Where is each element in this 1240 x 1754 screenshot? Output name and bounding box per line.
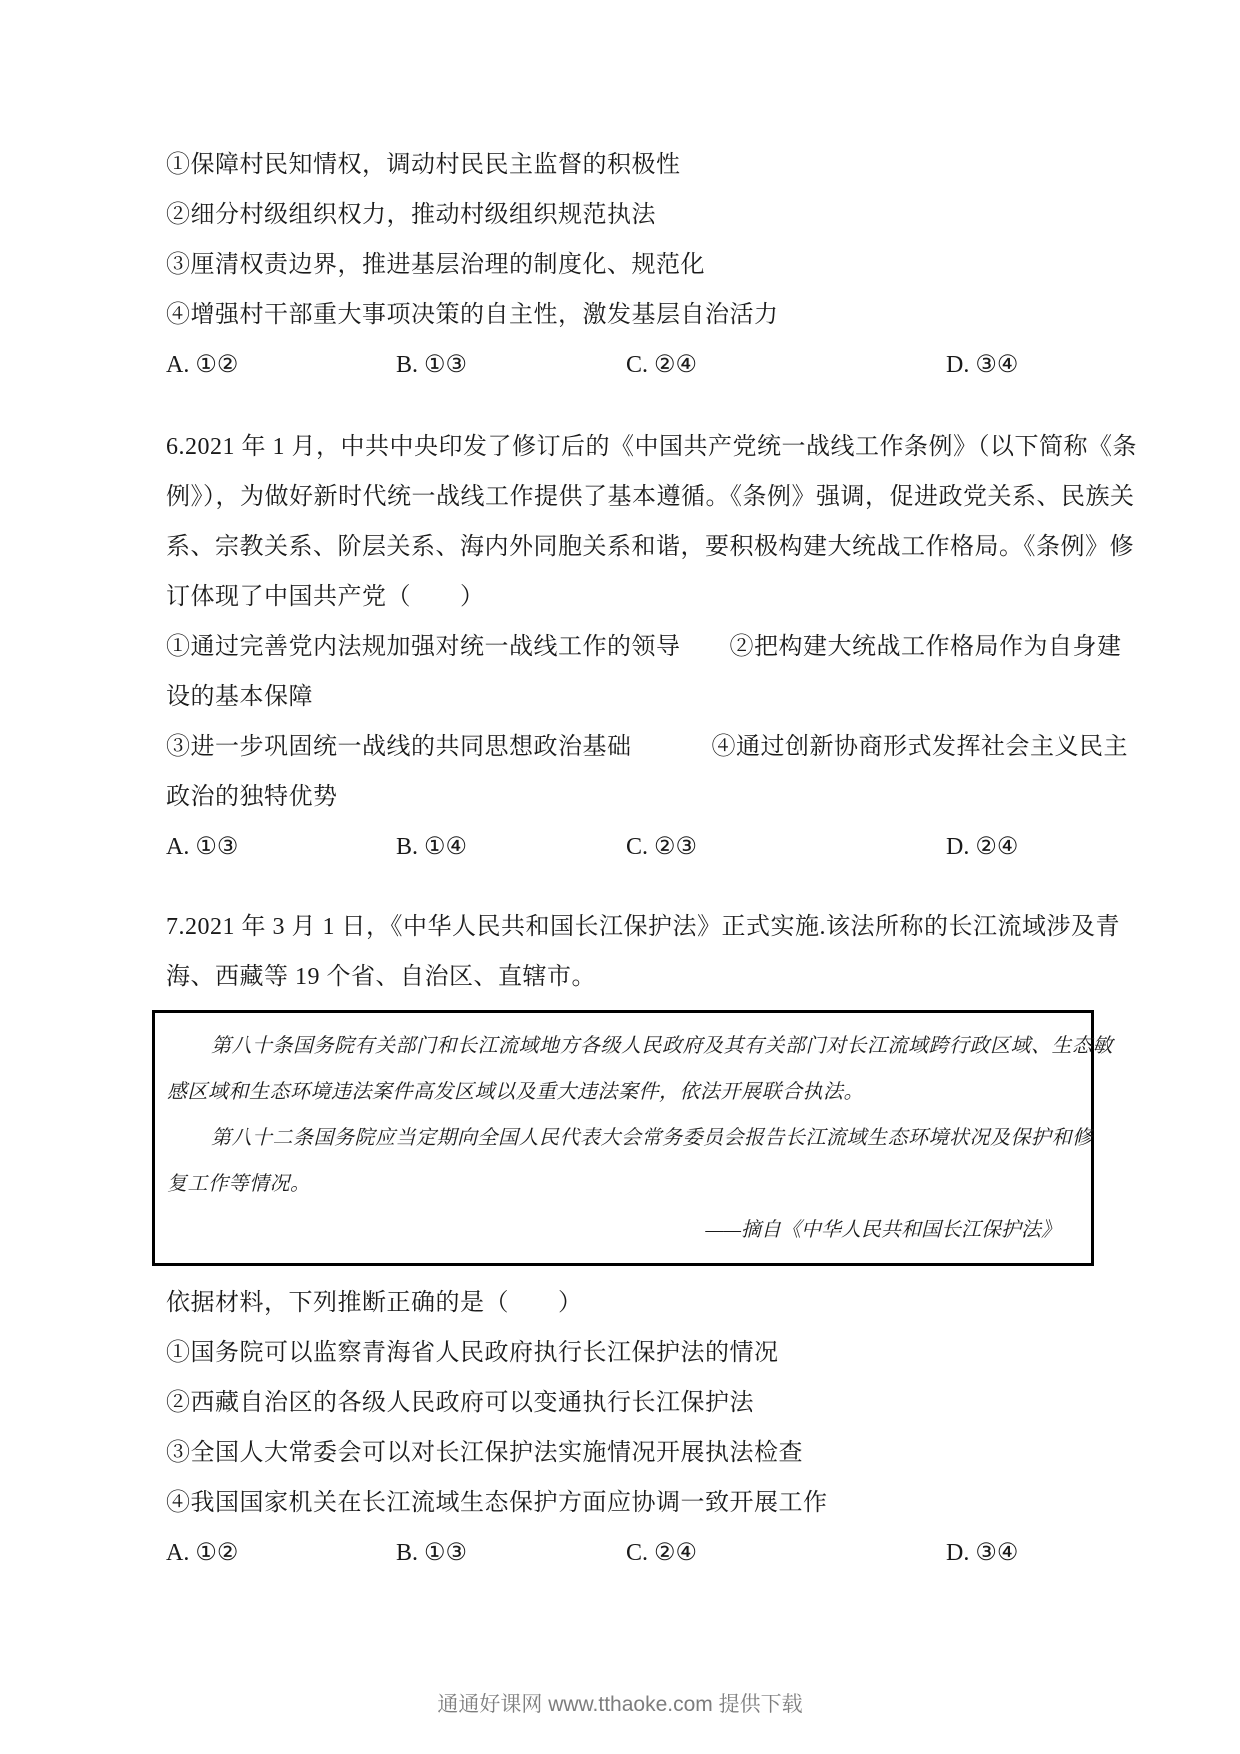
q6-stem-line-1: 6.2021 年 1 月，中共中央印发了修订后的《中国共产党统一战线工作条例》（… xyxy=(166,422,1096,472)
q5-answer-c: C. ②④ xyxy=(626,340,946,390)
q6-answer-c: C. ②③ xyxy=(626,822,946,872)
q6-answer-b: B. ①④ xyxy=(396,822,626,872)
q6-answer-row: A. ①③ B. ①④ C. ②③ D. ②④ xyxy=(166,822,1096,872)
q7-option-4: ④我国国家机关在长江流域生态保护方面应协调一致开展工作 xyxy=(166,1478,1096,1528)
q5-answer-row: A. ①② B. ①③ C. ②④ D. ③④ xyxy=(166,340,1096,390)
q6-answer-a: A. ①③ xyxy=(166,822,396,872)
q6-stem-line-2: 例》），为做好新时代统一战线工作提供了基本遵循。《条例》强调，促进政党关系、民族… xyxy=(166,472,1096,522)
excerpt-line-2: 感区域和生态环境违法案件高发区域以及重大违法案件，依法开展联合执法。 xyxy=(167,1069,1073,1115)
q7-answer-row: A. ①② B. ①③ C. ②④ D. ③④ xyxy=(166,1528,1096,1578)
q7-stem-line-1: 7.2021 年 3 月 1 日，《中华人民共和国长江保护法》正式实施.该法所称… xyxy=(166,902,1096,952)
excerpt-line-1: 第八十条国务院有关部门和长江流域地方各级人民政府及其有关部门对长江流域跨行政区域… xyxy=(167,1023,1073,1069)
footer-watermark: 通通好课网 www.tthaoke.com 提供下载 xyxy=(0,1688,1240,1718)
q7-answer-c: C. ②④ xyxy=(626,1528,946,1578)
q7-option-1: ①国务院可以监察青海省人民政府执行长江保护法的情况 xyxy=(166,1328,1096,1378)
q7-prompt: 依据材料，下列推断正确的是（ ） xyxy=(166,1278,1096,1328)
law-excerpt-box: 第八十条国务院有关部门和长江流域地方各级人民政府及其有关部门对长江流域跨行政区域… xyxy=(152,1010,1094,1266)
excerpt-attribution: ——摘自《中华人民共和国长江保护法》 xyxy=(167,1207,1073,1253)
q6-stem-line-3: 系、宗教关系、阶层关系、海内外同胞关系和谐，要积极构建大统战工作格局。《条例》修 xyxy=(166,522,1096,572)
q5-option-1: ①保障村民知情权，调动村民民主监督的积极性 xyxy=(166,140,1096,190)
q5-answer-a: A. ①② xyxy=(166,340,396,390)
q7-answer-b: B. ①③ xyxy=(396,1528,626,1578)
exam-page: ①保障村民知情权，调动村民民主监督的积极性 ②细分村级组织权力，推动村级组织规范… xyxy=(166,140,1096,1578)
q5-option-2: ②细分村级组织权力，推动村级组织规范执法 xyxy=(166,190,1096,240)
excerpt-line-3: 第八十二条国务院应当定期向全国人民代表大会常务委员会报告长江流域生态环境状况及保… xyxy=(167,1115,1073,1161)
q7-option-2: ②西藏自治区的各级人民政府可以变通执行长江保护法 xyxy=(166,1378,1096,1428)
q7-answer-d: D. ③④ xyxy=(946,1528,1096,1578)
question-7: 7.2021 年 3 月 1 日，《中华人民共和国长江保护法》正式实施.该法所称… xyxy=(166,902,1096,1578)
q5-option-3: ③厘清权责边界，推进基层治理的制度化、规范化 xyxy=(166,240,1096,290)
q6-answer-d: D. ②④ xyxy=(946,822,1096,872)
question-6: 6.2021 年 1 月，中共中央印发了修订后的《中国共产党统一战线工作条例》（… xyxy=(166,422,1096,872)
q6-stem-line-4: 订体现了中国共产党（ ） xyxy=(166,572,1096,622)
q6-option-line-2: 设的基本保障 xyxy=(166,672,1096,722)
q6-option-line-1: ①通过完善党内法规加强对统一战线工作的领导 ②把构建大统战工作格局作为自身建 xyxy=(166,622,1096,672)
excerpt-line-4: 复工作等情况。 xyxy=(167,1161,1073,1207)
q7-stem-line-2: 海、西藏等 19 个省、自治区、直辖市。 xyxy=(166,952,1096,1002)
q5-option-4: ④增强村干部重大事项决策的自主性，激发基层自治活力 xyxy=(166,290,1096,340)
q6-option-line-4: 政治的独特优势 xyxy=(166,772,1096,822)
q6-option-line-3: ③进一步巩固统一战线的共同思想政治基础 ④通过创新协商形式发挥社会主义民主 xyxy=(166,722,1096,772)
q7-answer-a: A. ①② xyxy=(166,1528,396,1578)
q5-answer-b: B. ①③ xyxy=(396,340,626,390)
q5-answer-d: D. ③④ xyxy=(946,340,1096,390)
question-5-options: ①保障村民知情权，调动村民民主监督的积极性 ②细分村级组织权力，推动村级组织规范… xyxy=(166,140,1096,340)
q7-option-3: ③全国人大常委会可以对长江保护法实施情况开展执法检查 xyxy=(166,1428,1096,1478)
